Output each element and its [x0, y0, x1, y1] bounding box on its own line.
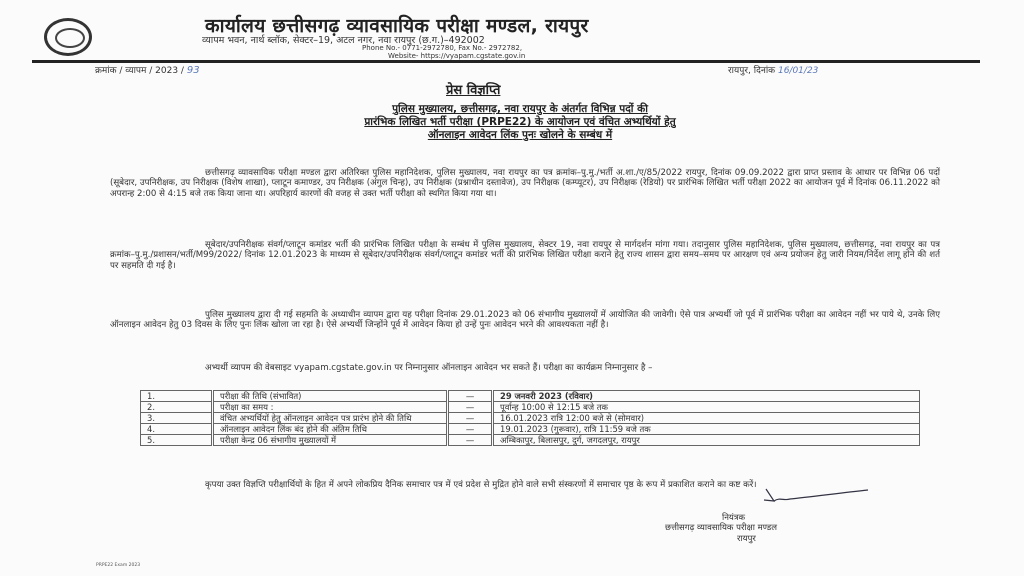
subject-line: पुलिस मुख्यालय, छत्तीसगढ़, नवा रायपुर के… — [180, 103, 860, 116]
reference-prefix: क्रमांक / व्यापम / 2023 / — [95, 66, 187, 76]
paragraph-text: सूबेदार/उपनिरीक्षक संवर्ग/प्लाटून कमांडर… — [110, 240, 940, 271]
schedule-label: वंचित अभ्यर्थियों हेतु ऑनलाइन आवेदन पत्र… — [213, 413, 448, 424]
press-release-heading: प्रेस विज्ञप्ति — [446, 80, 500, 98]
paragraph-text: छत्तीसगढ़ व्यावसायिक परीक्षा मण्डल द्वार… — [110, 168, 940, 199]
paragraph-4: अभ्यर्थी व्यापम की वेबसाइट vyapam.cgstat… — [110, 363, 940, 373]
footer-code: PRPE22 Exam 2023 — [96, 563, 140, 568]
schedule-num: 4. — [141, 424, 213, 435]
exam-schedule-table: 1.परीक्षा की तिथि (संभावित)—29 जनवरी 202… — [140, 390, 920, 446]
schedule-dash: — — [448, 402, 493, 413]
office-phone: Phone No.- 0771-2972780, Fax No.- 297278… — [362, 44, 522, 52]
subject-line: ऑनलाइन आवेदन लिंक पुनः खोलने के सम्बंध म… — [180, 129, 860, 142]
schedule-dash: — — [448, 435, 493, 446]
paragraph-3: पुलिस मुख्यालय द्वारा दी गई सहमति के अध्… — [110, 310, 940, 331]
schedule-num: 2. — [141, 402, 213, 413]
closing-text: कृपया उक्त विज्ञप्ति परीक्षार्थियों के ह… — [205, 480, 757, 490]
subject-line: प्रारंभिक लिखित भर्ती परीक्षा (PRPE22) क… — [180, 116, 860, 129]
signature-icon — [760, 487, 870, 503]
place-date-label: रायपुर, दिनांक — [728, 66, 778, 76]
reference-handwritten-number: 93 — [187, 65, 200, 76]
schedule-num: 1. — [141, 391, 213, 402]
paragraph-1: छत्तीसगढ़ व्यावसायिक परीक्षा मण्डल द्वार… — [110, 168, 940, 199]
press-release-document: कार्यालय छत्तीसगढ़ व्यावसायिक परीक्षा मण… — [0, 0, 1024, 576]
signatory-city: रायपुर — [737, 533, 756, 544]
office-website: Website- https://vyapam.cgstate.gov.in — [388, 52, 525, 60]
schedule-row: 5.परीक्षा केन्द्र 06 संभागीय मुख्यालयों … — [141, 435, 920, 446]
schedule-label: ऑनलाइन आवेदन लिंक बंद होने की अंतिम तिथि — [213, 424, 448, 435]
emblem-logo-icon — [44, 18, 92, 56]
place-date: रायपुर, दिनांक 16/01/23 — [728, 63, 818, 76]
subject-block: पुलिस मुख्यालय, छत्तीसगढ़, नवा रायपुर के… — [180, 103, 860, 142]
signatory-organization: छत्तीसगढ़ व्यावसायिक परीक्षा मण्डल — [665, 522, 777, 533]
schedule-dash: — — [448, 424, 493, 435]
schedule-label: परीक्षा की तिथि (संभावित) — [213, 391, 448, 402]
paragraph-text: अभ्यर्थी व्यापम की वेबसाइट vyapam.cgstat… — [205, 363, 652, 373]
schedule-label: परीक्षा केन्द्र 06 संभागीय मुख्यालयों मे… — [213, 435, 448, 446]
handwritten-date: 16/01/23 — [778, 66, 818, 76]
reference-number: क्रमांक / व्यापम / 2023 / 93 — [95, 63, 200, 76]
schedule-row: 4.ऑनलाइन आवेदन लिंक बंद होने की अंतिम ति… — [141, 424, 920, 435]
schedule-value: 29 जनवरी 2023 (रविवार) — [493, 391, 920, 402]
schedule-row: 1.परीक्षा की तिथि (संभावित)—29 जनवरी 202… — [141, 391, 920, 402]
schedule-row: 3.वंचित अभ्यर्थियों हेतु ऑनलाइन आवेदन पत… — [141, 413, 920, 424]
paragraph-2: सूबेदार/उपनिरीक्षक संवर्ग/प्लाटून कमांडर… — [110, 240, 940, 271]
schedule-value: 16.01.2023 रात्रि 12:00 बजे से (सोमवार) — [493, 413, 920, 424]
schedule-label: परीक्षा का समय : — [213, 402, 448, 413]
schedule-value: अम्बिकापुर, बिलासपुर, दुर्ग, जगदलपुर, रा… — [493, 435, 920, 446]
paragraph-text: पुलिस मुख्यालय द्वारा दी गई सहमति के अध्… — [110, 310, 940, 330]
schedule-num: 3. — [141, 413, 213, 424]
schedule-dash: — — [448, 391, 493, 402]
schedule-dash: — — [448, 413, 493, 424]
schedule-value: 19.01.2023 (गुरूवार), रात्रि 11:59 बजे त… — [493, 424, 920, 435]
schedule-value: पूर्वान्ह 10:00 से 12:15 बजे तक — [493, 402, 920, 413]
schedule-row: 2.परीक्षा का समय :—पूर्वान्ह 10:00 से 12… — [141, 402, 920, 413]
schedule-num: 5. — [141, 435, 213, 446]
